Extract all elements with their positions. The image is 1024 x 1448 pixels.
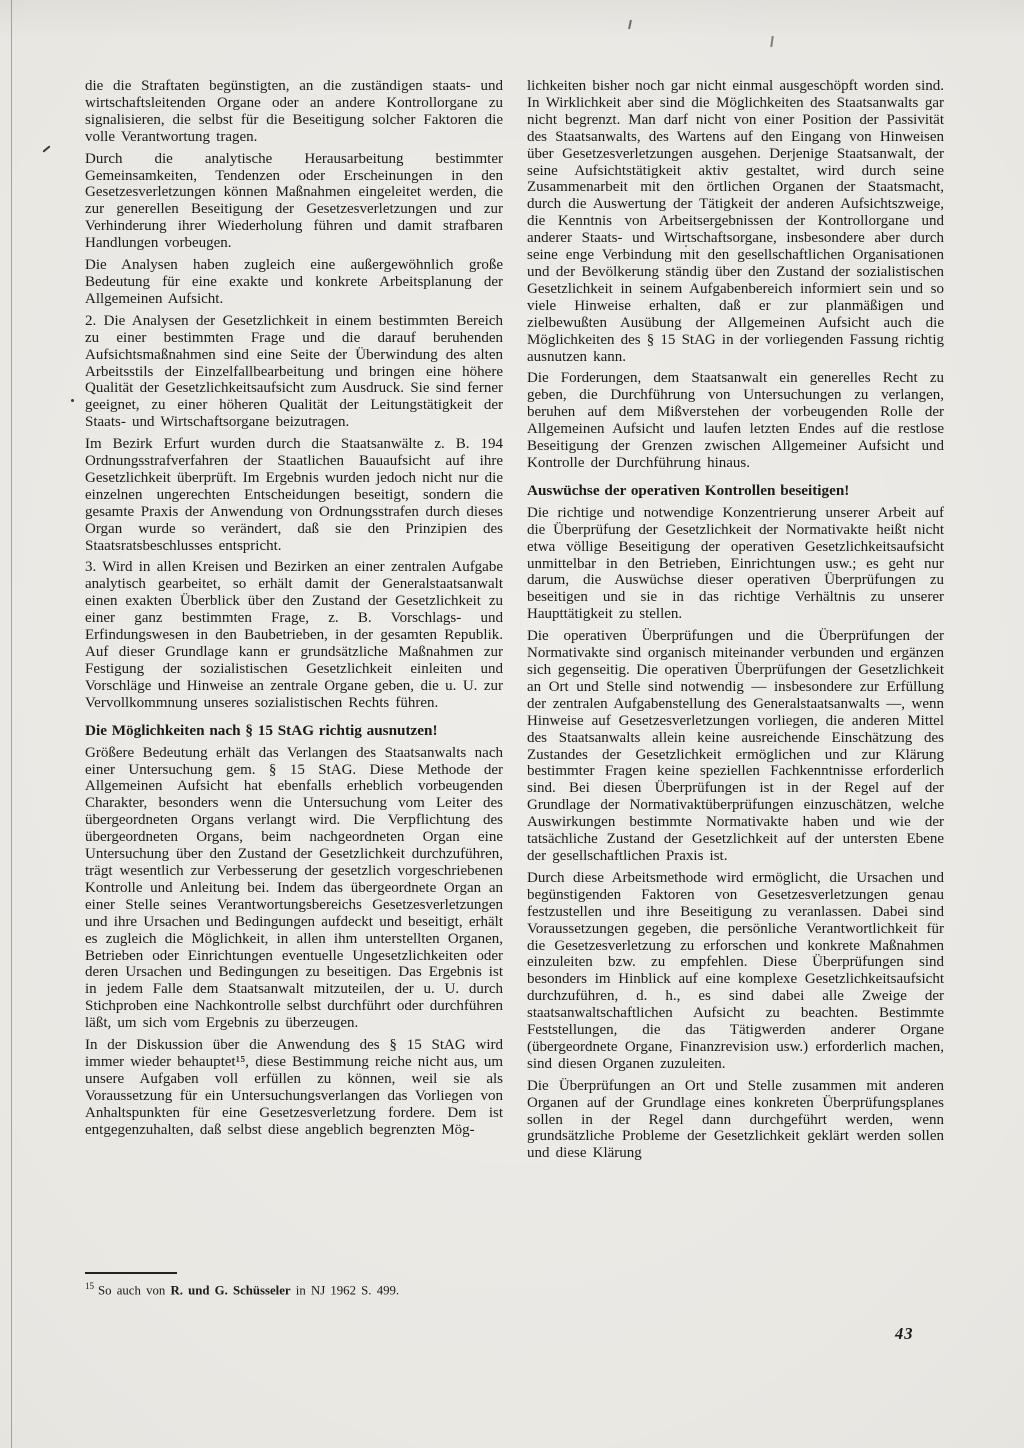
footnote-suffix: in NJ 1962 S. 499. [291, 1283, 399, 1297]
paragraph: Durch diese Arbeitsmethode wird ermöglic… [527, 870, 944, 1073]
paragraph: Die Forderungen, dem Staatsanwalt ein ge… [527, 370, 944, 471]
scan-edge-line [11, 0, 12, 1448]
paragraph: Die Überprüfungen an Ort und Stelle zusa… [527, 1078, 944, 1163]
section-heading-kontrollen: Auswüchse der operativen Kontrollen bese… [527, 482, 944, 499]
scan-speck [71, 399, 74, 402]
paragraph: Im Bezirk Erfurt wurden durch die Staats… [85, 436, 503, 554]
paragraph: Die richtige und notwendige Konzentrieru… [527, 505, 944, 623]
paragraph: Größere Bedeutung erhält das Verlangen d… [85, 745, 503, 1032]
paragraph: Die operativen Überprüfungen und die Übe… [527, 628, 944, 865]
left-column: die die Straftaten begünstigten, an die … [85, 78, 503, 1143]
footnote-marker: 15 [85, 1281, 94, 1291]
scan-speck [628, 20, 632, 29]
footnote-rule [85, 1272, 177, 1274]
paragraph: Durch die analytische Herausarbeitung be… [85, 151, 503, 252]
paragraph: 2. Die Analysen der Gesetzlichkeit in ei… [85, 313, 503, 431]
paragraph: In der Diskussion über die Anwendung des… [85, 1037, 503, 1138]
paragraph: die die Straftaten begünstigten, an die … [85, 78, 503, 146]
right-column: lichkeiten bisher noch gar nicht einmal … [527, 78, 944, 1167]
scan-speck [770, 36, 774, 47]
section-heading-stag: Die Möglichkeiten nach § 15 StAG richtig… [85, 722, 503, 739]
paragraph: Die Analysen haben zugleich eine außerge… [85, 257, 503, 308]
footnote-author-names: R. und G. Schüsseler [170, 1283, 290, 1297]
page-number: 43 [895, 1324, 914, 1344]
paragraph: lichkeiten bisher noch gar nicht einmal … [527, 78, 944, 365]
footnote-text: 15So auch von R. und G. Schüsseler in NJ… [85, 1279, 503, 1298]
paragraph: 3. Wird in allen Kreisen und Bezirken an… [85, 559, 503, 711]
footnote: 15So auch von R. und G. Schüsseler in NJ… [85, 1272, 503, 1298]
footnote-prefix: So auch von [98, 1283, 170, 1297]
scan-speck [42, 145, 50, 152]
